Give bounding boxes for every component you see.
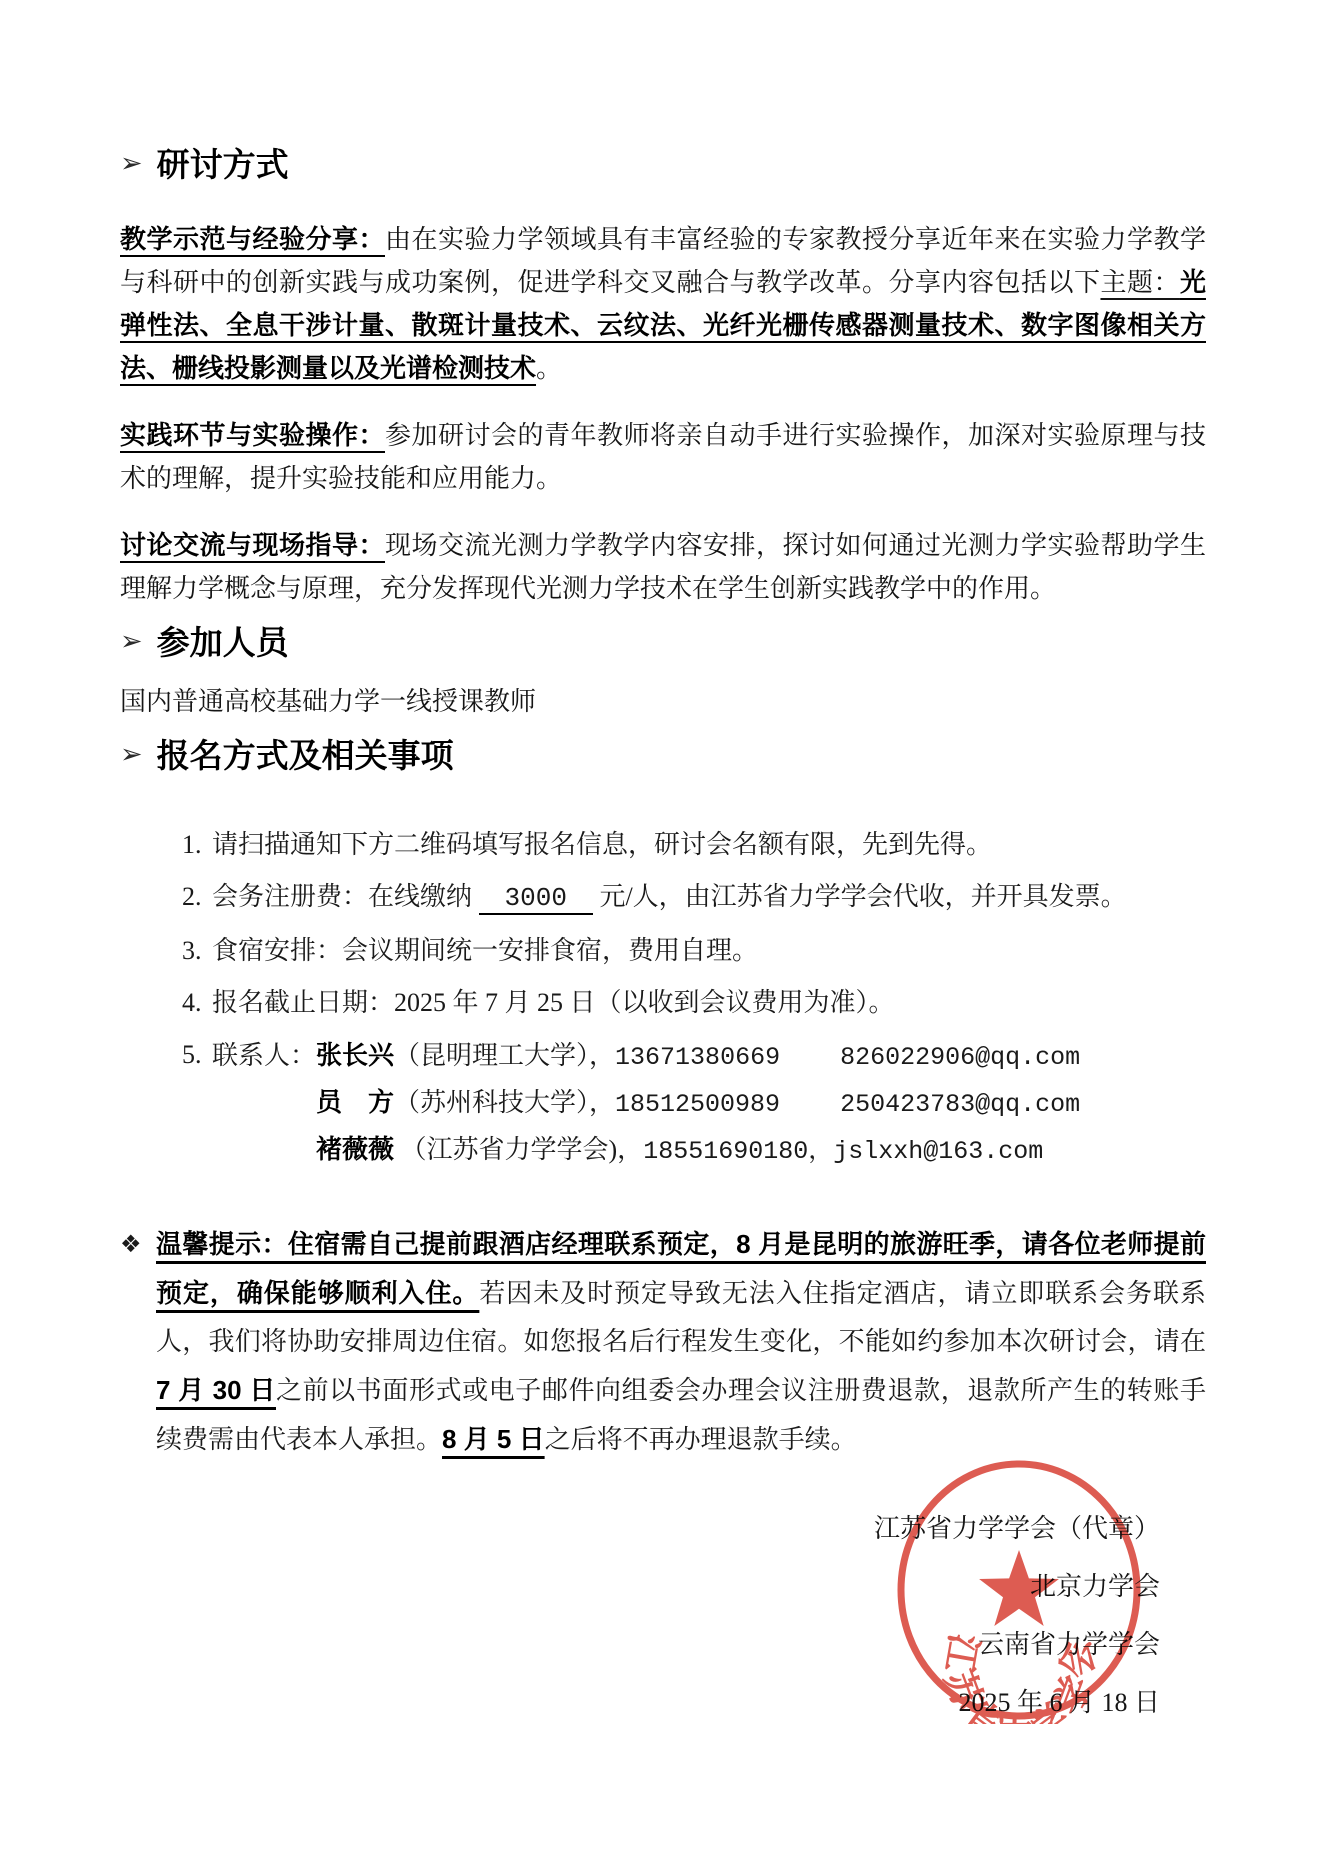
- contact-phone-email: 18551690180，jslxxh@163.com: [643, 1137, 1043, 1166]
- paragraph-tail: 。: [536, 354, 562, 383]
- document-page: ➢ 研讨方式 教学示范与经验分享：由在实验力学领域具有丰富经验的专家教授分享近年…: [0, 0, 1323, 1871]
- section-title-registration: 报名方式及相关事项: [157, 733, 454, 779]
- list-number: 4.: [182, 981, 212, 1024]
- arrowhead-bullet-icon: ➢: [120, 619, 143, 665]
- reminder-text: 温馨提示：住宿需自己提前跟酒店经理联系预定，8 月是昆明的旅游旺季，请各位老师提…: [156, 1220, 1206, 1464]
- contact-row: 褚薇薇 （江苏省力学学会)，18551690180，jslxxh@163.com: [316, 1127, 1206, 1174]
- fee-text-after: 元/人，由江苏省力学学会代收，并开具发票。: [593, 882, 1127, 911]
- section-title-discussion: 研讨方式: [157, 142, 289, 188]
- warm-reminder: ❖ 温馨提示：住宿需自己提前跟酒店经理联系预定，8 月是昆明的旅游旺季，请各位老…: [120, 1220, 1206, 1464]
- signature-block: 江苏省力学学会（代章） 北京力学会 云南省力学学会 2025 年 6 月 18 …: [874, 1500, 1160, 1732]
- section-heading-participants: ➢ 参加人员: [120, 620, 1206, 666]
- section-heading-discussion: ➢ 研讨方式: [120, 142, 1206, 188]
- diamond-bullet-icon: ❖: [120, 1220, 156, 1464]
- contact-name: 张长兴: [316, 1040, 394, 1070]
- signature-date: 2025 年 6 月 18 日: [874, 1674, 1160, 1732]
- fee-amount-underlined: 3000: [479, 883, 593, 915]
- paragraph-lead: 实践环节与实验操作：: [120, 420, 385, 450]
- contact-phone-email: 13671380669 826022906@qq.com: [615, 1043, 1080, 1072]
- paragraph-practice: 实践环节与实验操作：参加研讨会的青年教师将亲自动手进行实验操作，加深对实验原理与…: [120, 414, 1206, 500]
- contact-row: 联系人：张长兴（昆明理工大学），13671380669 826022906@qq…: [212, 1033, 1206, 1080]
- registration-list: 1. 请扫描通知下方二维码填写报名信息，研讨会名额有限，先到先得。 2. 会务注…: [120, 823, 1206, 1174]
- contact-affiliation: （苏州科技大学），: [394, 1088, 615, 1117]
- list-text: 请扫描通知下方二维码填写报名信息，研讨会名额有限，先到先得。: [212, 823, 1206, 866]
- contact-affiliation: （昆明理工大学），: [394, 1041, 615, 1070]
- section-heading-registration: ➢ 报名方式及相关事项: [120, 733, 1206, 779]
- list-item-4: 4. 报名截止日期：2025 年 7 月 25 日（以收到会议费用为准）。: [120, 981, 1206, 1024]
- contact-affiliation: （江苏省力学学会)，: [394, 1135, 643, 1164]
- arrowhead-bullet-icon: ➢: [120, 141, 143, 187]
- list-item-1: 1. 请扫描通知下方二维码填写报名信息，研讨会名额有限，先到先得。: [120, 823, 1206, 866]
- contacts-label: 联系人：: [212, 1041, 316, 1070]
- signature-org-beijing: 北京力学会: [874, 1558, 1160, 1616]
- topic-label: 主题：: [1100, 268, 1180, 297]
- signature-org-yunnan: 云南省力学学会: [874, 1616, 1160, 1674]
- fee-text-before: 会务注册费：在线缴纳: [212, 882, 479, 911]
- paragraph-lead: 教学示范与经验分享：: [120, 224, 385, 254]
- paragraph-exchange: 讨论交流与现场指导：现场交流光测力学教学内容安排，探讨如何通过光测力学实验帮助学…: [120, 524, 1206, 610]
- list-text: 食宿安排：会议期间统一安排食宿，费用自理。: [212, 929, 1206, 972]
- contact-name: 褚薇薇: [316, 1134, 394, 1164]
- no-refund-date: 8 月 5 日: [442, 1424, 545, 1454]
- paragraph-teaching-demo: 教学示范与经验分享：由在实验力学领域具有丰富经验的专家教授分享近年来在实验力学教…: [120, 218, 1206, 390]
- contacts-block: 联系人：张长兴（昆明理工大学），13671380669 826022906@qq…: [212, 1033, 1206, 1174]
- list-number: 1.: [182, 823, 212, 866]
- contact-row: 员 方（苏州科技大学），18512500989 250423783@qq.com: [316, 1080, 1206, 1127]
- refund-deadline-date: 7 月 30 日: [156, 1375, 276, 1405]
- list-text: 会务注册费：在线缴纳 3000 元/人，由江苏省力学学会代收，并开具发票。: [212, 875, 1206, 920]
- list-item-3: 3. 食宿安排：会议期间统一安排食宿，费用自理。: [120, 929, 1206, 972]
- list-item-5-contacts: 5. 联系人：张长兴（昆明理工大学），13671380669 826022906…: [120, 1033, 1206, 1174]
- arrowhead-bullet-icon: ➢: [120, 732, 143, 778]
- list-item-2: 2. 会务注册费：在线缴纳 3000 元/人，由江苏省力学学会代收，并开具发票。: [120, 875, 1206, 920]
- list-number: 5.: [182, 1033, 212, 1174]
- section-title-participants: 参加人员: [157, 620, 289, 666]
- contact-phone-email: 18512500989 250423783@qq.com: [615, 1090, 1080, 1119]
- reminder-segment: 之后将不再办理退款手续。: [545, 1425, 857, 1454]
- list-text: 报名截止日期：2025 年 7 月 25 日（以收到会议费用为准）。: [212, 981, 1206, 1024]
- paragraph-lead: 讨论交流与现场指导：: [120, 530, 385, 560]
- list-number: 3.: [182, 929, 212, 972]
- participants-text: 国内普通高校基础力学一线授课教师: [120, 680, 1206, 723]
- contact-name: 员 方: [316, 1087, 394, 1117]
- document-content: ➢ 研讨方式 教学示范与经验分享：由在实验力学领域具有丰富经验的专家教授分享近年…: [120, 0, 1206, 1464]
- list-number: 2.: [182, 875, 212, 920]
- signature-org-jiangsu: 江苏省力学学会（代章）: [874, 1500, 1160, 1558]
